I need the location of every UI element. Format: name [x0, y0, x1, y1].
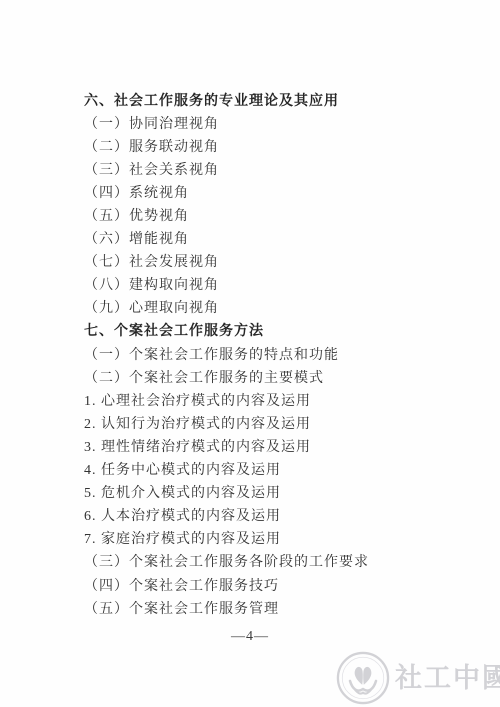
document-body: 六、社会工作服务的专业理论及其应用 （一）协同治理视角 （二）服务联动视角 （三… [84, 88, 460, 619]
outline-item-numbered: 2. 认知行为治疗模式的内容及运用 [84, 411, 460, 434]
heart-in-hands-circle-icon [336, 651, 390, 705]
outline-item: （七）社会发展视角 [84, 250, 460, 273]
section-heading: 六、社会工作服务的专业理论及其应用 [84, 88, 460, 111]
outline-item: （五）个案社会工作服务管理 [84, 596, 460, 619]
watermark: 社工中國 [336, 651, 500, 705]
outline-item-numbered: 1. 心理社会治疗模式的内容及运用 [84, 388, 460, 411]
outline-item: （五）优势视角 [84, 203, 460, 226]
outline-item-numbered: 4. 任务中心模式的内容及运用 [84, 458, 460, 481]
outline-item-numbered: 7. 家庭治疗模式的内容及运用 [84, 527, 460, 550]
outline-item: （一）协同治理视角 [84, 111, 460, 134]
outline-item: （二）个案社会工作服务的主要模式 [84, 365, 460, 388]
page-number: —4— [0, 629, 500, 645]
outline-item: （一）个案社会工作服务的特点和功能 [84, 342, 460, 365]
outline-item-numbered: 3. 理性情绪治疗模式的内容及运用 [84, 434, 460, 457]
outline-item: （二）服务联动视角 [84, 134, 460, 157]
document-page: 六、社会工作服务的专业理论及其应用 （一）协同治理视角 （二）服务联动视角 （三… [0, 0, 500, 707]
outline-item: （八）建构取向视角 [84, 273, 460, 296]
outline-item: （九）心理取向视角 [84, 296, 460, 319]
section-heading: 七、个案社会工作服务方法 [84, 319, 460, 342]
outline-item-numbered: 6. 人本治疗模式的内容及运用 [84, 504, 460, 527]
outline-item: （三）社会关系视角 [84, 157, 460, 180]
outline-item: （四）系统视角 [84, 180, 460, 203]
outline-item: （六）增能视角 [84, 227, 460, 250]
watermark-logo-text: 社工中國 [395, 651, 500, 705]
outline-item: （四）个案社会工作服务技巧 [84, 573, 460, 596]
outline-item-numbered: 5. 危机介入模式的内容及运用 [84, 481, 460, 504]
outline-item: （三）个案社会工作服务各阶段的工作要求 [84, 550, 460, 573]
